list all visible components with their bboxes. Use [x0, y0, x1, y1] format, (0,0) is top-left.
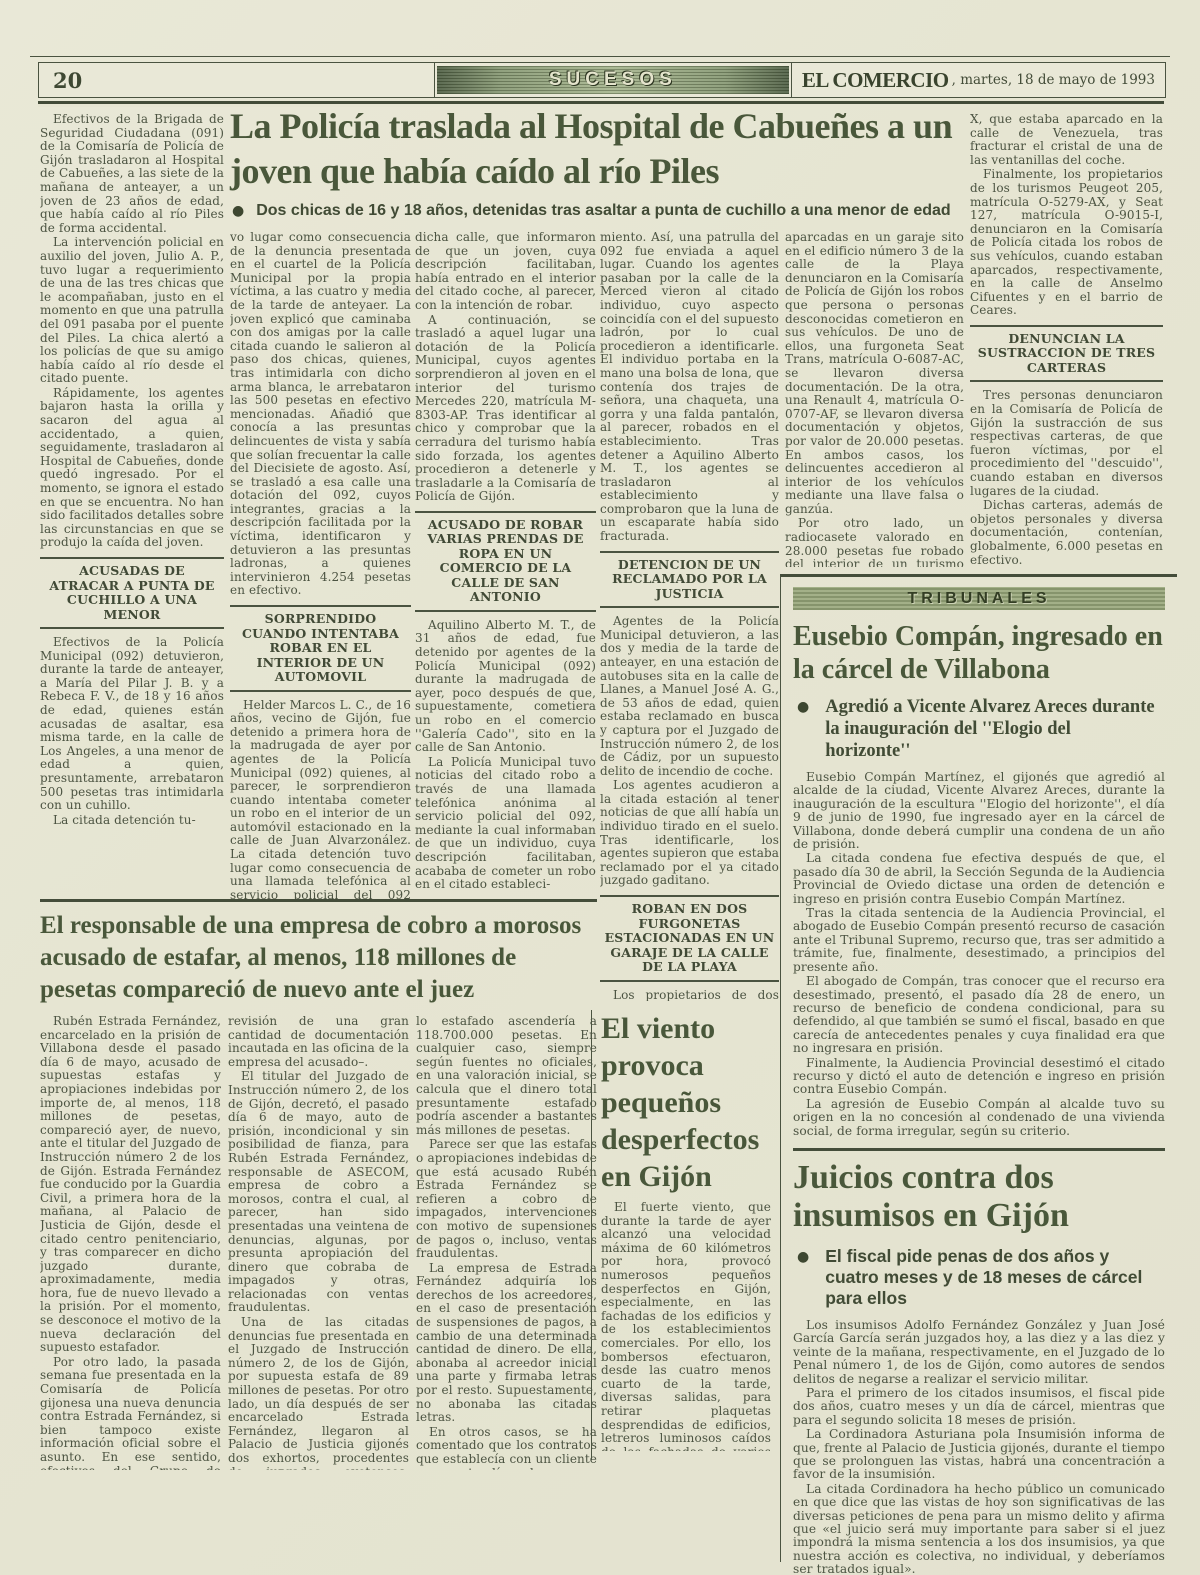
header-divider — [96, 63, 435, 97]
paragraph-continuation: dicha calle, que informaron de que un jo… — [415, 231, 596, 313]
story-piles-col-1: Efectivos de la Brigada de Seguridad Ciu… — [40, 113, 224, 899]
compan-body: Eusebio Compán Martínez, el gijonés que … — [793, 771, 1165, 1138]
compan-subhead: ● Agredió a Vicente Alvarez Areces duran… — [793, 696, 1165, 762]
insumisos-subhead: ● El fiscal pide penas de dos años y cua… — [793, 1246, 1165, 1309]
paragraph: La citada condena fue efectiva después d… — [793, 852, 1165, 906]
paragraph: El titular del Juzgado de Instrucción nú… — [228, 1070, 409, 1315]
paragraph: Rubén Estrada Fernández, encarcelado en … — [40, 1015, 221, 1355]
story-asecom-headline: El responsable de una empresa de cobro a… — [40, 910, 597, 1006]
newspaper-page: 20 SUCESOS EL COMERCIO , martes, 18 de m… — [0, 0, 1200, 1575]
paragraph: Finalmente, los propietarios de los turi… — [970, 168, 1163, 318]
paragraph-continuation: miento. Así, una patrulla del 092 fue en… — [600, 231, 779, 544]
paragraph: Tras la citada sentencia de la Audiencia… — [793, 907, 1165, 974]
insumisos-headline: Juicios contra dos insumisos en Gijón — [793, 1159, 1165, 1235]
paragraph: Finalmente, la Audiencia Provincial dese… — [793, 1057, 1165, 1097]
paragraph: El abogado de Compán, tras conocer que e… — [793, 975, 1165, 1055]
section-banner: SUCESOS — [437, 66, 789, 94]
bullet-icon: ● — [232, 201, 244, 221]
paragraph: A continuación, se trasladó a aquel luga… — [415, 314, 596, 504]
paragraph-continuation: aparcadas en un garaje sito en el edific… — [785, 231, 964, 516]
paragraph: La Policía Municipal tuvo noticias del c… — [415, 756, 596, 892]
paragraph: Los agentes acudieron a la citada estaci… — [600, 779, 779, 888]
paragraph: La Cordinadora Asturiana pola Insumisión… — [793, 1428, 1165, 1482]
paragraph: La intervención policial en auxilio del … — [40, 236, 224, 386]
story-asecom-columns: Rubén Estrada Fernández, encarcelado en … — [40, 1015, 597, 1470]
story-piles-col-5: aparcadas en un garaje sito en el edific… — [785, 231, 964, 567]
column-subhead: ACUSADO DE ROBAR VARIAS PRENDAS DE ROPA … — [415, 511, 596, 612]
paragraph: En otros casos, se ha comentado que los … — [416, 1426, 597, 1470]
paragraph: Para el primero de los citados insumisos… — [793, 1387, 1165, 1427]
page-header: 20 SUCESOS EL COMERCIO , martes, 18 de m… — [38, 62, 1166, 98]
column-subhead: DETENCION DE UN RECLAMADO POR LA JUSTICI… — [600, 551, 779, 609]
paragraph: Una de las citadas denuncias fue present… — [228, 1316, 409, 1470]
story-viento-body: El fuerte viento, que durante la tarde d… — [601, 1201, 771, 1451]
paragraph: Rápidamente, los agentes bajaron hasta l… — [40, 387, 224, 550]
paragraph: Por otro lado, la pasada semana fue pres… — [40, 1356, 221, 1470]
story-piles-subhead-text: Dos chicas de 16 y 18 años, detenidas tr… — [256, 201, 950, 220]
paragraph: Agentes de la Policía Municipal detuvier… — [600, 615, 779, 778]
paragraph-continuation: lo estafado ascendería a 118.700.000 pes… — [416, 1015, 597, 1137]
paragraph: Efectivos de la Policía Municipal (092) … — [40, 636, 224, 813]
tribunales-banner-text: TRIBUNALES — [907, 590, 1050, 608]
bullet-icon: ● — [797, 696, 809, 719]
story-asecom: El responsable de una empresa de cobro a… — [40, 899, 597, 1470]
paragraph: Eusebio Compán Martínez, el gijonés que … — [793, 771, 1165, 851]
paragraph: Efectivos de la Brigada de Seguridad Ciu… — [40, 113, 224, 235]
paragraph-continuation: revisión de una gran cantidad de documen… — [228, 1015, 409, 1069]
page-number: 20 — [39, 68, 96, 93]
masthead: EL COMERCIO — [802, 68, 949, 93]
paragraph: La citada detención tu- — [40, 814, 224, 828]
tribunales-section: TRIBUNALES Eusebio Compán, ingresado en … — [780, 574, 1177, 1562]
story-viento-headline: El viento provoca pequeños desperfectos … — [601, 1010, 779, 1195]
paragraph: Parece ser que las estafas o apropiacion… — [416, 1138, 597, 1260]
paragraph: Dichas carteras, además de objetos perso… — [970, 499, 1163, 565]
masthead-box: EL COMERCIO , martes, 18 de mayo de 1993 — [791, 63, 1165, 97]
story-viento: El viento provoca pequeños desperfectos … — [591, 1010, 779, 1460]
insumisos-subhead-text: El fiscal pide penas de dos años y cuatr… — [825, 1246, 1155, 1309]
paragraph: El fuerte viento, que durante la tarde d… — [601, 1201, 771, 1451]
compan-subhead-text: Agredió a Vicente Alvarez Areces durante… — [825, 696, 1155, 762]
issue-date: , martes, 18 de mayo de 1993 — [952, 72, 1155, 88]
column-subhead: SORPRENDIDO CUANDO INTENTABA ROBAR EN EL… — [230, 605, 411, 692]
column-subhead: DENUNCIAN LA SUSTRACCION DE TRES CARTERA… — [970, 325, 1163, 383]
column-subhead: ACUSADAS DE ATRACAR A PUNTA DE CUCHILLO … — [40, 557, 224, 629]
story-asecom-col-a: Rubén Estrada Fernández, encarcelado en … — [40, 1015, 221, 1470]
paragraph: Los insumisos Adolfo Fernández González … — [793, 1319, 1165, 1386]
paragraph: Por otro lado, un radiocasete valorado e… — [785, 517, 964, 567]
story-piles-col-3: dicha calle, que informaron de que un jo… — [415, 231, 596, 903]
story-piles-col-4: miento. Así, una patrulla del 092 fue en… — [600, 231, 779, 1001]
paragraph: La agresión de Eusebio Compán al alcalde… — [793, 1098, 1165, 1138]
story-piles-subhead: ● Dos chicas de 16 y 18 años, detenidas … — [232, 201, 956, 221]
paragraph: Helder Marcos L. C., de 16 años, vecino … — [230, 699, 411, 901]
paragraph: Tres personas denunciaron en la Comisarí… — [970, 389, 1163, 498]
column-subhead: ROBAN EN DOS FURGONETAS ESTACIONADAS EN … — [600, 895, 779, 982]
story-piles-headline: La Policía traslada al Hospital de Cabue… — [230, 104, 964, 194]
paragraph-continuation: vo lugar como consecuencia de la denunci… — [230, 231, 411, 598]
insumisos-body: Los insumisos Adolfo Fernández González … — [793, 1319, 1165, 1575]
paragraph-continuation: X, que estaba aparcado en la calle de Ve… — [970, 113, 1163, 167]
paragraph: La citada Cordinadora ha hecho público u… — [793, 1483, 1165, 1575]
section-title: SUCESOS — [549, 69, 677, 91]
story-piles-col-2: vo lugar como consecuencia de la denunci… — [230, 231, 411, 901]
story-piles-col-6: X, que estaba aparcado en la calle de Ve… — [970, 113, 1163, 565]
story-asecom-col-b: revisión de una gran cantidad de documen… — [228, 1015, 409, 1470]
paragraph: La empresa de Estrada Fernández adquiría… — [416, 1262, 597, 1425]
bullet-icon: ● — [797, 1246, 809, 1268]
compan-headline: Eusebio Compán, ingresado en la cárcel d… — [793, 620, 1165, 686]
paragraph: Los propietarios de dos furgonetas que e… — [600, 989, 779, 1001]
tribunales-banner: TRIBUNALES — [793, 587, 1165, 610]
paragraph: Aquilino Alberto M. T., de 31 años de ed… — [415, 619, 596, 755]
tribunales-divider-rule — [793, 1148, 1165, 1151]
story-asecom-col-c: lo estafado ascendería a 118.700.000 pes… — [416, 1015, 597, 1470]
top-rule — [30, 56, 1170, 57]
